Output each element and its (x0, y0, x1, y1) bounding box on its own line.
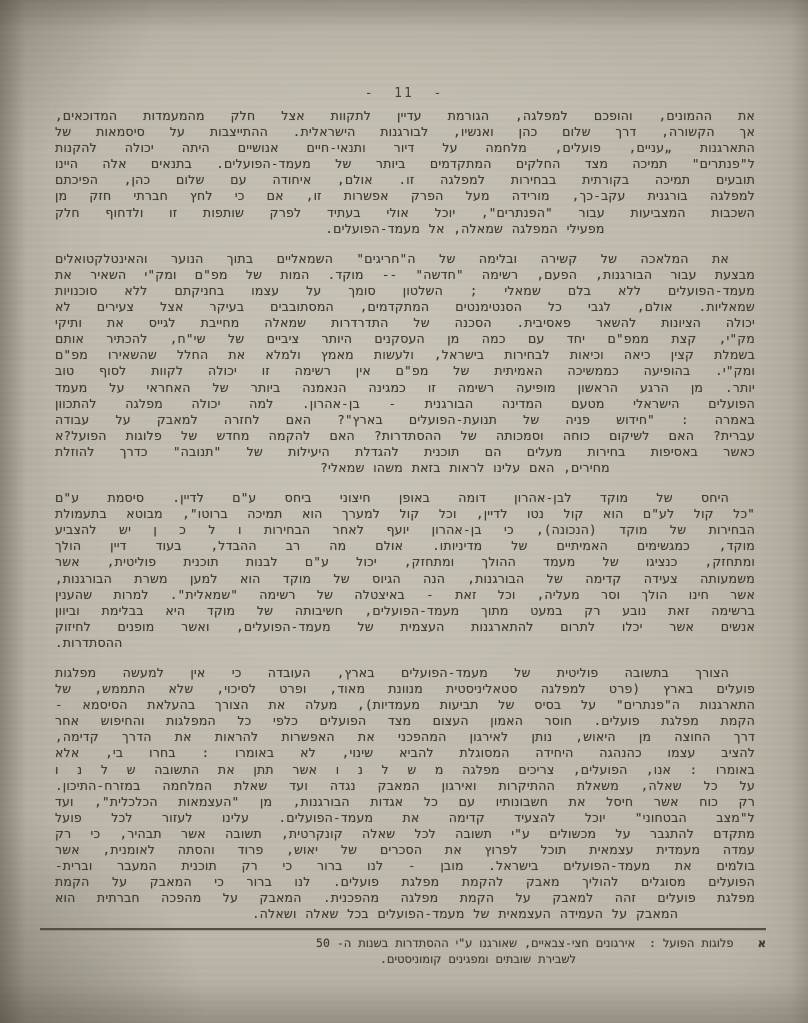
text-line: אשר חינו הולך וסר מעליה, וכל זאת - באיצט… (55, 587, 755, 603)
text-line: הבחירות של מוקד (הנכונה), כי בן-אהרון יו… (55, 522, 755, 538)
text-line: אך הקשורה, דרך שלום כהן ואנשיו, לבורגנות… (55, 124, 755, 140)
text-line: הצורך בתשובה פוליטית של מעמד-הפועלים באר… (55, 665, 755, 681)
text-line: ומתחזק, כנציגו של מעמד ההולך ומתחזק, יכו… (55, 554, 755, 570)
text-line: להציב עצמו כהנהגה היחידה המסוגלת להביא ש… (55, 745, 755, 761)
text-line: הקמת מפלגת פועלים. חוסר האמון העצום מצד … (55, 713, 755, 729)
text-line: ההסתדרות. (55, 635, 755, 651)
text-line: "כל קול לע"ם הוא קול נטו לדיין, וכל קול … (55, 506, 755, 522)
footnote-lines: אפלוגות הפועל : אירגונים חצי-צבאיים, שאו… (40, 935, 766, 967)
text-line: שמאליות. אולם, לגבי כל הסנטימנטים המתקדמ… (55, 299, 755, 315)
text-line: היחס של מוקד לבן-אהרון דומה באופן חיצוני… (55, 490, 755, 506)
text-line: ומק"י. בהופיעה כממשיכה האמיתית של מפ"ם א… (55, 363, 755, 379)
footnote-marker: א (758, 935, 766, 951)
text-line: תובעים תמיכה בקורתית בבחירות למפלגה זו. … (55, 172, 755, 188)
text-line: הפועלים הישראלי מטעם המדינה הבורגנית - ב… (55, 396, 755, 412)
text-line: הפועלים מסוגלים להוליך מאבק להקמת מפלגת … (55, 874, 755, 890)
footnote-divider (40, 928, 766, 930)
footnote-section: אפלוגות הפועל : אירגונים חצי-צבאיים, שאו… (40, 928, 766, 967)
text-line: על כל שאלה, משאלת ההתיקרות ואירגון המאבק… (55, 778, 755, 794)
text-line: מפלגת פועלים זהה למאבק על הקמת מפלגה מהפ… (55, 890, 755, 906)
footnote-line: אפלוגות הפועל : אירגונים חצי-צבאיים, שאו… (40, 935, 766, 951)
text-line: המאבק על העמידה העצמאית של מעמד-הפועלים … (55, 906, 755, 922)
text-line: בשמלת קצין כיאה וכיאות לבחירות בישראל, ו… (55, 347, 755, 363)
page-number: - 11 - (0, 86, 808, 101)
text-line: פועלים בארץ (פרט למפלגה סטאליניסטית מנוו… (55, 681, 755, 697)
text-line: השכבות המצביעות עבור "הפנתרים", יוכל אול… (55, 205, 755, 221)
text-line: עמדה מעמדית עצמאית תוכל לפרוץ את הסכרים … (55, 842, 755, 858)
text-line: מחירים, האם עלינו לראות בזאת משהו שמאלי? (55, 460, 755, 476)
text-line: למפלגה בורגנית עקב-כך, מורידה מעל הפרק א… (55, 188, 755, 204)
text-line: יכולה הציונות להשאר פאסיבית. הסכנה של הת… (55, 315, 755, 331)
text-line: מבצעת עבור הבורגנות, הפעם, רשימה "חדשה" … (55, 267, 755, 283)
text-line: ל"מצב הבטחוני" יוכל להצעיד קדימה את מעמד… (55, 810, 755, 826)
text-line: את המלאכה של קשירה ובלימה של ה"חריגים" ה… (55, 251, 755, 267)
text-line: באמרה : "חידוש פניה של תנועת-הפועלים באר… (55, 412, 755, 428)
document-body: את ההמונים, והופכם למפלגה, הגורמת עדיין … (55, 108, 755, 937)
text-line: יותר. מן הרגע הראשון מופיעה רשימה זו כמג… (55, 380, 755, 396)
text-line: מוקד, כמגשימים האמיתיים של מדיניותו. אול… (55, 538, 755, 554)
text-line: ברשימה זאת נובע רק במעט מתוך מעמד-הפועלי… (55, 603, 755, 619)
paragraph: את ההמונים, והופכם למפלגה, הגורמת עדיין … (55, 108, 755, 237)
text-line: דרך החוצה מן היאוש, נותן לאירגון המהפכני… (55, 729, 755, 745)
text-line: ל"פנתרים" תמיכה מצד החלקים המתקדמים ביות… (55, 156, 755, 172)
paragraph: את המלאכה של קשירה ובלימה של ה"חריגים" ה… (55, 251, 755, 476)
text-line: משמעותה צעידה קדימה של הבורגנות, הנה הגי… (55, 571, 755, 587)
text-line: את ההמונים, והופכם למפלגה, הגורמת עדיין … (55, 108, 755, 124)
text-line: התארגנות „עניים, פועלים, מלחמה על דיור ו… (55, 140, 755, 156)
scanned-document-page: - 11 - את ההמונים, והופכם למפלגה, הגורמת… (0, 0, 808, 1023)
footnote-text: פלוגות הפועל : אירגונים חצי-צבאיים, שאור… (316, 936, 734, 950)
text-line: אנשים אשר יכלו לתרום להתארגנות העצמית של… (55, 619, 755, 635)
text-line: מתקדם להתגבר על מכשולים ע"י תשובה לכל שא… (55, 826, 755, 842)
footnote-line: לשבירת שובתים ומפגינים קומוניסטים. (40, 951, 766, 967)
text-line: כאשר באסיפות בחירות מעלים הם תוכנית להגד… (55, 444, 755, 460)
text-line: מק"י, קצת ממפ"ם יחד עם כמה מן העסקנים הי… (55, 331, 755, 347)
paragraph: היחס של מוקד לבן-אהרון דומה באופן חיצוני… (55, 490, 755, 651)
text-line: עברית? האם לשיקום כוחה וסמכותה של ההסתדר… (55, 428, 755, 444)
text-line: בולמים את מעמד-הפועלים בישראל. מובן - לנ… (55, 858, 755, 874)
paragraph: הצורך בתשובה פוליטית של מעמד-הפועלים באר… (55, 665, 755, 923)
text-line: התארגנות ה"פנתרים" על בסיס של תביעות מעמ… (55, 697, 755, 713)
footnote-text: לשבירת שובתים ומפגינים קומוניסטים. (380, 952, 576, 966)
text-line: באומרו : אנו, הפועלים, צריכים מפלגה מ ש … (55, 762, 755, 778)
text-line: מפעילי המפלגה שמאלה, אל מעמד-הפועלים. (55, 221, 755, 237)
text-line: רק כוח אשר חיסל את חשבונותיו עם כל אגדות… (55, 794, 755, 810)
text-line: מעמד-הפועלים ללא בלם שמאלי ; השלטון סומך… (55, 283, 755, 299)
